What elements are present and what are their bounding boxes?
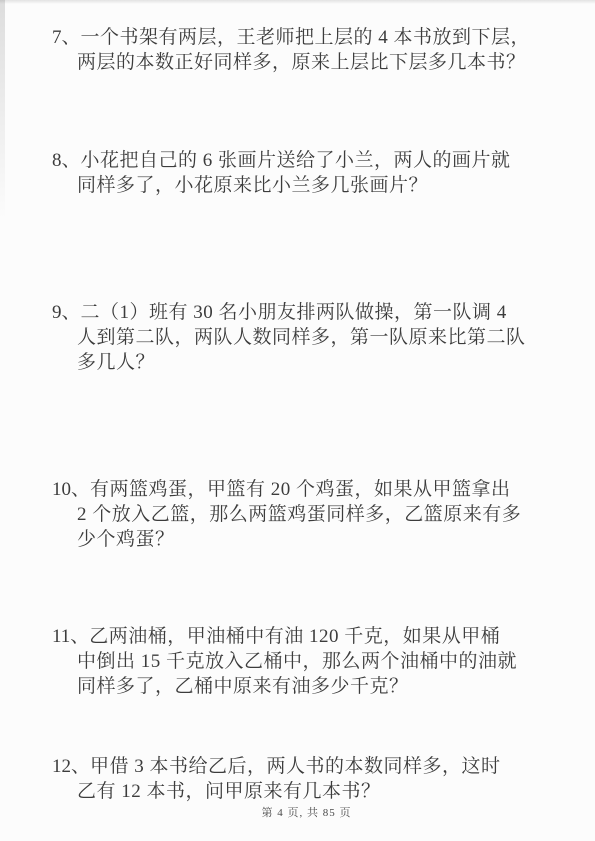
problem-number: 7、 (52, 27, 81, 48)
problem-line: 7、一个书架有两层，王老师把上层的 4 本书放到下层， (77, 25, 595, 50)
problem-line: 人到第二队，两队人数同样多，第一队原来比第二队 (77, 325, 595, 350)
problem-7: 7、一个书架有两层，王老师把上层的 4 本书放到下层， 两层的本数正好同样多，原… (0, 25, 595, 75)
problem-11: 11、乙两油桶，甲油桶中有油 120 千克，如果从甲桶 中倒出 15 千克放入乙… (0, 624, 595, 699)
problem-number: 10、 (52, 479, 90, 500)
problem-number: 9、 (52, 302, 81, 323)
problem-line: 9、二（1）班有 30 名小朋友排两队做操，第一队调 4 (77, 300, 595, 325)
page-footer: 第 4 页, 共 85 页 (0, 805, 595, 821)
problem-9: 9、二（1）班有 30 名小朋友排两队做操，第一队调 4 人到第二队，两队人数同… (0, 300, 595, 375)
problem-line: 中倒出 15 千克放入乙桶中，那么两个油桶中的油就 (77, 649, 595, 674)
problem-line: 10、有两篮鸡蛋，甲篮有 20 个鸡蛋，如果从甲篮拿出 (77, 477, 595, 502)
problem-10: 10、有两篮鸡蛋，甲篮有 20 个鸡蛋，如果从甲篮拿出 2 个放入乙篮，那么两篮… (0, 477, 595, 552)
problem-line: 12、甲借 3 本书给乙后，两人书的本数同样多，这时 (77, 754, 595, 779)
problem-number: 8、 (52, 150, 81, 171)
problem-line: 同样多了，乙桶中原来有油多少千克？ (77, 674, 595, 699)
problem-line: 两层的本数正好同样多，原来上层比下层多几本书？ (77, 50, 595, 75)
problem-number: 11、 (52, 626, 89, 647)
problem-text: 有两篮鸡蛋，甲篮有 20 个鸡蛋，如果从甲篮拿出 (90, 479, 511, 500)
worksheet-page: 7、一个书架有两层，王老师把上层的 4 本书放到下层， 两层的本数正好同样多，原… (0, 0, 595, 841)
problem-text: 小花把自己的 6 张画片送给了小兰，两人的画片就 (81, 150, 511, 171)
problem-line: 同样多了，小花原来比小兰多几张画片？ (77, 173, 595, 198)
problem-8: 8、小花把自己的 6 张画片送给了小兰，两人的画片就 同样多了，小花原来比小兰多… (0, 148, 595, 198)
problem-line: 2 个放入乙篮，那么两篮鸡蛋同样多，乙篮原来有多 (77, 502, 595, 527)
problem-12: 12、甲借 3 本书给乙后，两人书的本数同样多，这时 乙有 12 本书，问甲原来… (0, 754, 595, 804)
problem-text: 乙两油桶，甲油桶中有油 120 千克，如果从甲桶 (89, 626, 500, 647)
problem-text: 二（1）班有 30 名小朋友排两队做操，第一队调 4 (81, 302, 507, 323)
scan-edge-top (0, 0, 595, 4)
problem-line: 多几人？ (77, 350, 595, 375)
problem-line: 乙有 12 本书，问甲原来有几本书？ (77, 779, 595, 804)
problem-line: 11、乙两油桶，甲油桶中有油 120 千克，如果从甲桶 (77, 624, 595, 649)
problem-text: 甲借 3 本书给乙后，两人书的本数同样多，这时 (90, 756, 501, 777)
problem-line: 8、小花把自己的 6 张画片送给了小兰，两人的画片就 (77, 148, 595, 173)
problem-number: 12、 (52, 756, 90, 777)
problem-line: 少个鸡蛋？ (77, 527, 595, 552)
problem-text: 一个书架有两层，王老师把上层的 4 本书放到下层， (81, 27, 531, 48)
